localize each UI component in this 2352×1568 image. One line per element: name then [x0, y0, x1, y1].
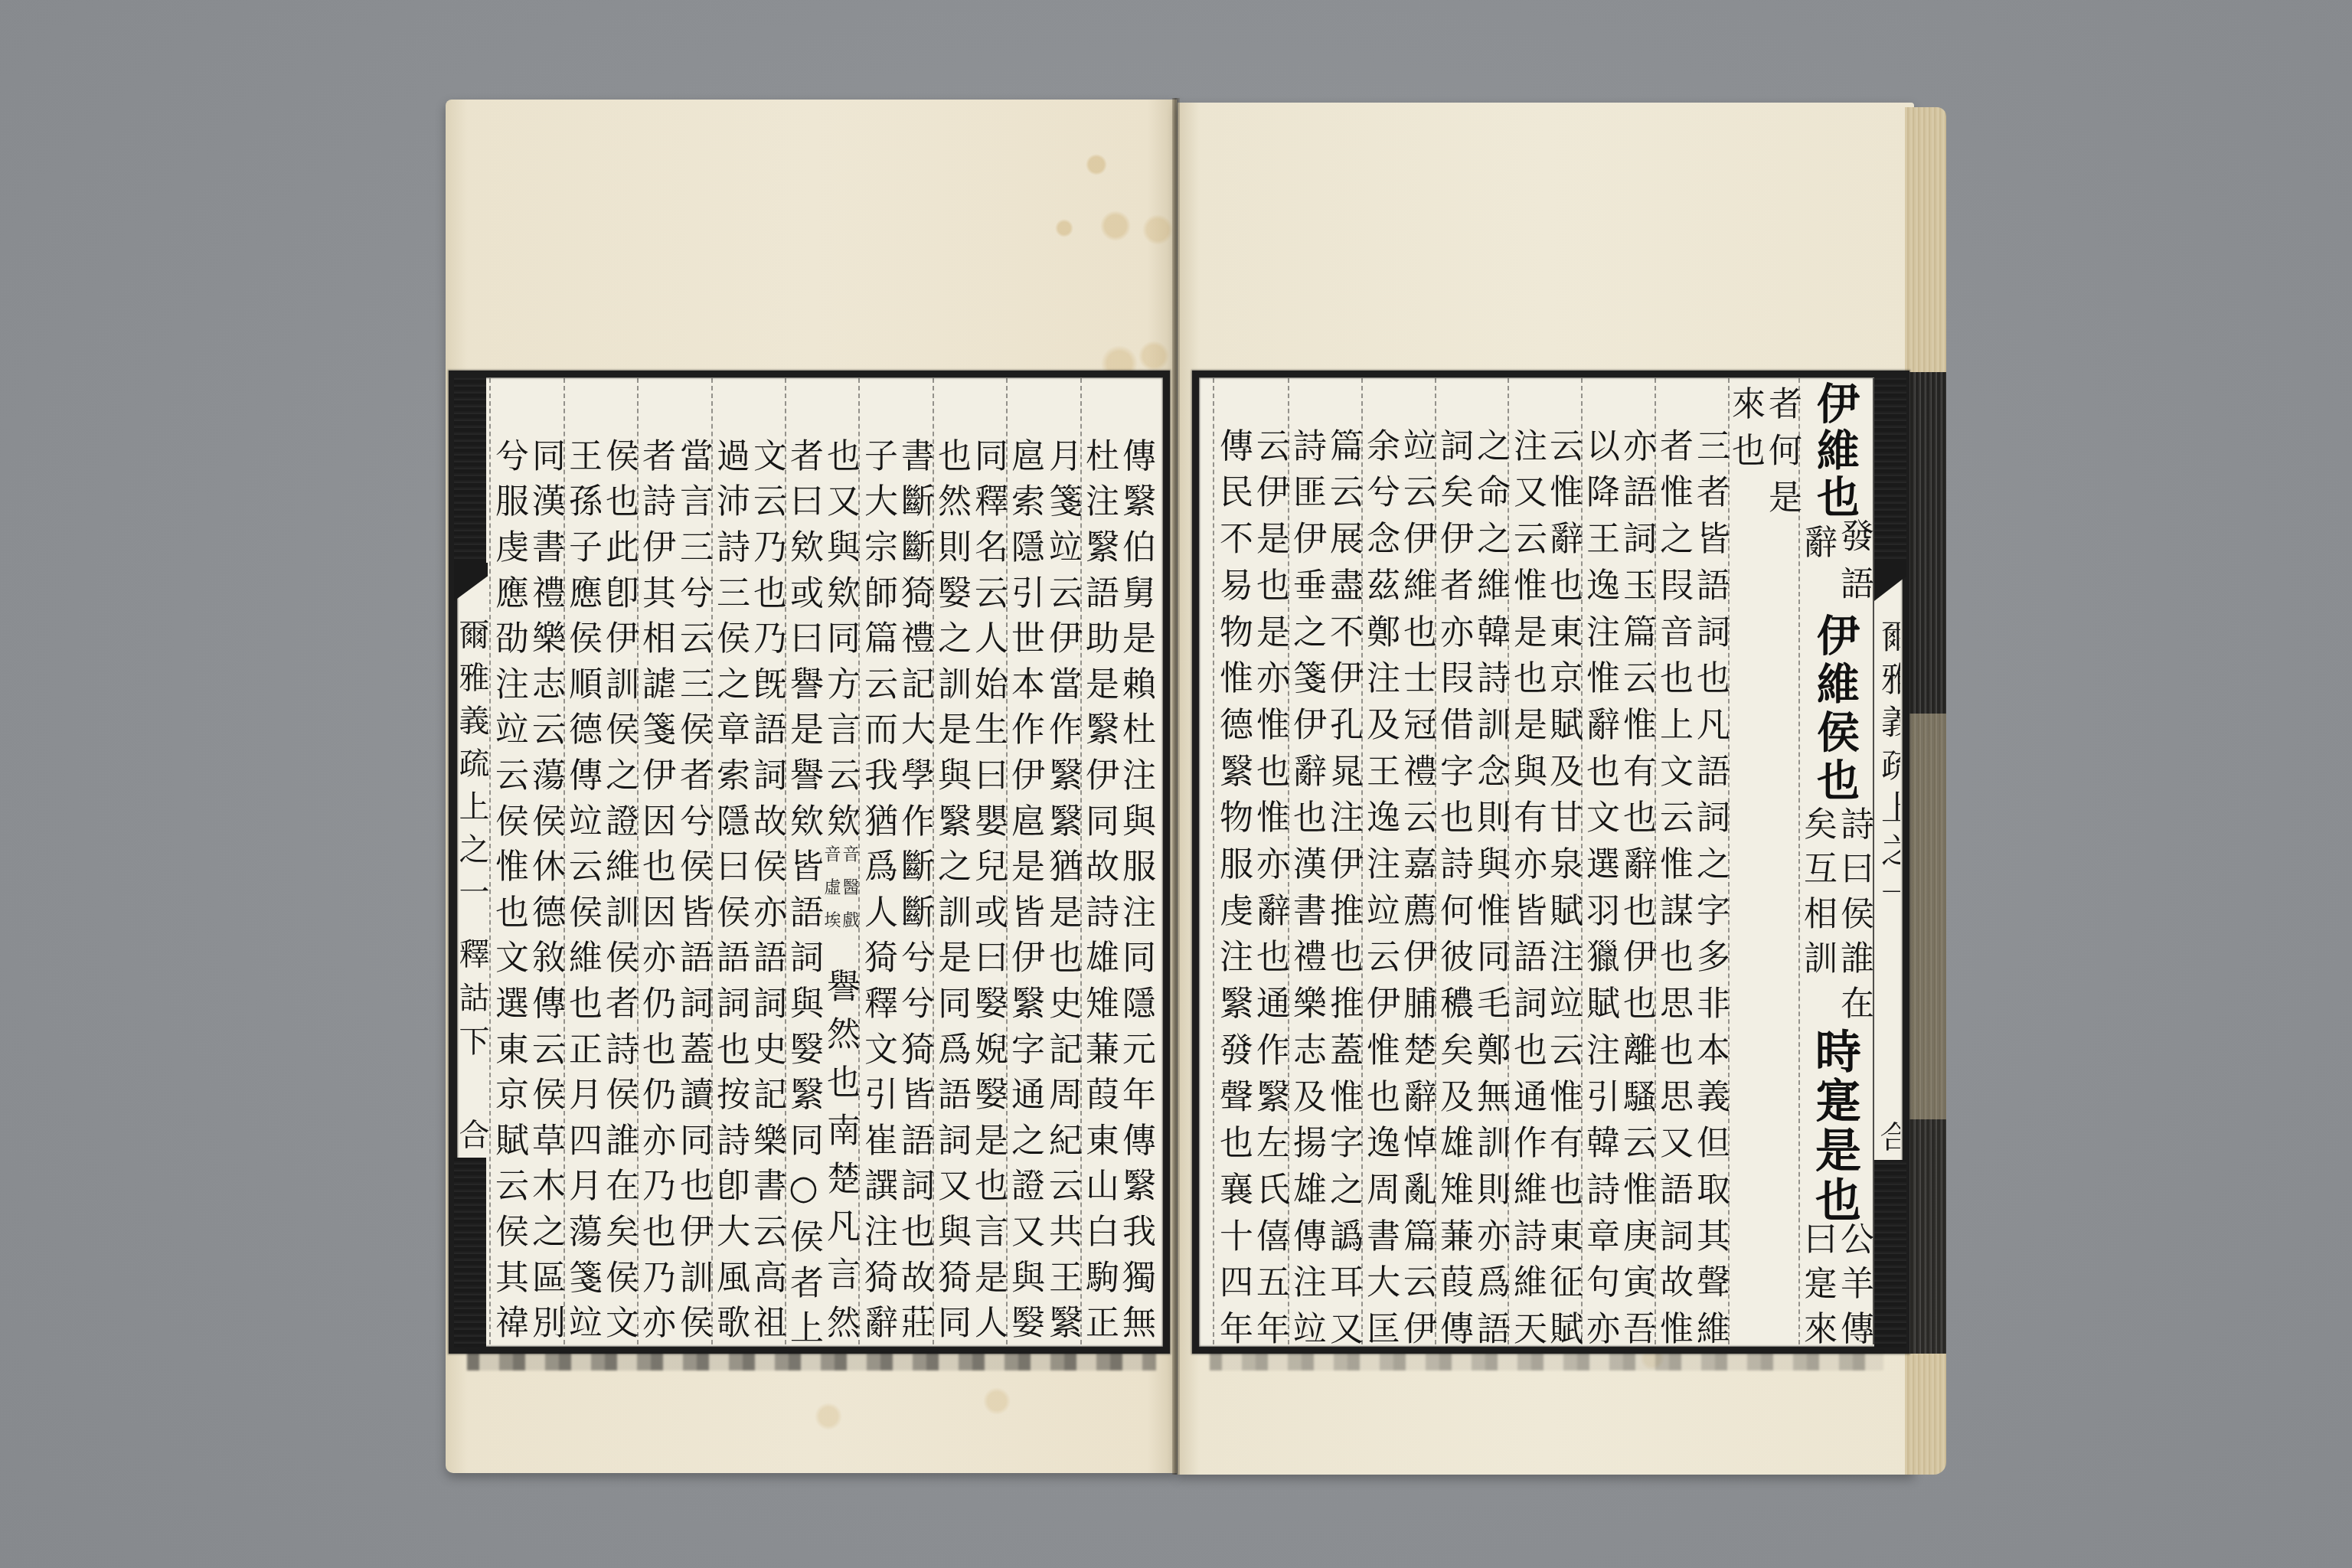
text-column: 者曰欸或曰譽是譽欸皆語詞與嫛繄同○侯者上 [785, 438, 822, 1356]
text-column-lower: 譽然也南楚凡言然 [822, 969, 858, 1353]
headword-note-right: 發語 [1835, 518, 1872, 613]
headword-note-right: 詩曰侯誰在 [1835, 806, 1872, 1031]
text-column: 扈索隱引世本作伊扈是皆伊繄字通之證又與嫛 [1006, 438, 1043, 1351]
fore-edge-ink-middle [1905, 714, 1946, 1119]
text-column: 也然則嫛之訓是與繄之訓是同爲語詞又與猗同 [933, 438, 969, 1351]
margin-book-title: 爾雅義疏上之一 [455, 619, 488, 919]
note-continuation-right: 者何是 [1763, 386, 1800, 526]
text-column: 書斷斷猗禮記大學作斷斷兮兮猗皆語詞也故莊 [896, 438, 933, 1351]
text-column: 傳民不易物惟德繄物服虔注繄發聲也襄十四年 [1214, 428, 1251, 1357]
headword-note-left: 曰寔來 [1798, 1221, 1835, 1356]
book-photo-scene: 爾雅義疏上之一 釋詁下 合 傳繄伯舅是賴杜注與服注同隱元年傳繄我獨無 杜注繄語助… [0, 0, 2352, 1568]
margin-book-title: 爾雅義疏上之一 [1876, 619, 1900, 919]
margin-black-block-top [1874, 377, 1906, 563]
text-column: 者惟之叚音也上文云惟謀也思也思又語詞故惟 [1655, 428, 1691, 1357]
headword: 伊維侯也 [1812, 613, 1858, 806]
text-column: 兮服虔應劭注竝云侯惟也文選東京賦云侯其禕 [490, 438, 527, 1351]
margin-black-block-top [454, 377, 486, 563]
headword: 時寔是也 [1811, 1027, 1858, 1226]
interlinear-note-left: 音虛埃 [822, 845, 840, 944]
headword-note-left: 辭 [1798, 524, 1835, 558]
text-column: 文云乃也乃旣語詞故侯亦語詞史記樂書云高祖 [748, 438, 785, 1351]
text-column: 篇云展盡不伊孔晁注伊推也推蓋惟字之譌耳又 [1325, 428, 1361, 1357]
text-column-upper: 也又與欸同方言云欸 [822, 438, 858, 848]
text-column: 過沛詩三侯之章索隱曰侯語詞也按詩卽大風歌 [711, 438, 748, 1351]
text-column: 竝云伊維也士冠禮云嘉薦伊脯楚辭悼亂篇云伊 [1398, 428, 1435, 1357]
interlinear-note-right: 音醫戲 [840, 845, 858, 944]
text-column: 同漢書禮樂志云蕩侯休德敘傳云侯草木之區別 [527, 438, 563, 1351]
text-column: 當言三兮云三侯者兮侯皆語詞蓋讀同也伊訓侯 [675, 438, 711, 1351]
text-column: 亦語詞玉篇云惟有也辭也伊也離騷云惟庚寅吾 [1618, 428, 1655, 1357]
headword-note-left: 矣互相訓 [1798, 806, 1835, 985]
text-column: 以降王逸注惟辭也文選羽獵賦注引韓詩章句亦 [1581, 428, 1618, 1357]
fore-edge-ink-bottom [1905, 1119, 1946, 1354]
text-column: 同釋名云人始生曰嬰兒或曰嫛婗嫛是也言是人 [969, 438, 1006, 1351]
text-column: 詞矣伊者亦叚借字也詩何彼穠矣及雄雉蒹葭傳 [1435, 428, 1472, 1357]
text-column: 侯也此卽伊訓侯之證維訓侯者詩侯誰在矣侯文 [600, 438, 637, 1351]
margin-leaf-mark: 合 [455, 1119, 488, 1149]
text-column: 杜注繄語助是繄伊同故詩雄雉蒹葭東山白駒正 [1080, 438, 1117, 1351]
text-column: 傳繄伯舅是賴杜注與服注同隱元年傳繄我獨無 [1117, 438, 1154, 1351]
text-column: 子大宗師篇云而我猶爲人猗釋文引崔譔注猗辭 [859, 438, 896, 1351]
headword: 伊維也 [1812, 381, 1858, 521]
headword-note-right: 公羊傳 [1835, 1221, 1872, 1356]
margin-leaf-mark: 合 [1876, 1121, 1900, 1151]
text-column: 三者皆語詞也凡語詞之字多非本義但取其聲維 [1691, 428, 1728, 1357]
text-column: 詩匪伊垂之箋伊辭也漢書禮樂志及揚雄傳注竝 [1288, 428, 1325, 1357]
text-column: 者詩伊其相謔箋伊因也因亦仍也仍亦乃也乃亦 [637, 438, 674, 1351]
text-column: 云惟辭也東京賦及甘泉賦注竝云惟有也東征賦 [1544, 428, 1581, 1357]
text-column: 余兮念茲鄭注及王逸注竝云伊惟也逸周書大匡 [1361, 428, 1398, 1357]
margin-black-block-bottom [1874, 1160, 1906, 1347]
margin-title-clip: 爾雅義疏上之一 [1876, 612, 1900, 919]
margin-section-title: 釋詁下 [455, 938, 488, 1069]
margin-leaf-mark-clip: 合 [1876, 1118, 1900, 1158]
text-column: 注又云惟是也是與有亦皆語詞也通作維詩維天 [1508, 428, 1545, 1357]
text-column: 月箋竝云伊當作繄繄猶是也史記周紀云共王繄 [1044, 438, 1080, 1351]
fore-edge-ink-top [1905, 372, 1946, 714]
text-column: 王孫子應侯順德傳竝云侯維也正月四月蕩箋竝 [563, 438, 600, 1351]
book-gutter [1172, 98, 1180, 1475]
text-column: 之命之維韓詩訓念則與惟同毛鄭無訓則亦爲語 [1472, 428, 1508, 1357]
margin-black-block-bottom [454, 1158, 486, 1347]
text-column: 云伊是也是亦惟也惟亦辭也通作繄左氏僖五年 [1251, 428, 1288, 1357]
note-continuation-left: 來也 [1726, 386, 1763, 479]
